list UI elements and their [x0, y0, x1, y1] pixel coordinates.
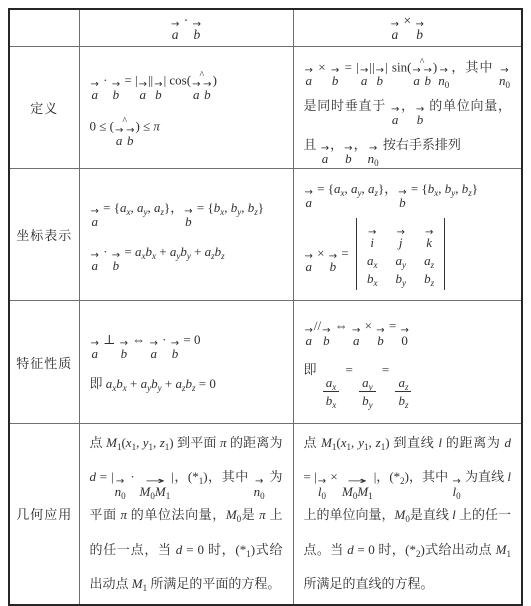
properties-row: 特征性质 →a ⊥ →b ⇔ →a · →b = 0即 axbx + ayby … [9, 301, 522, 424]
row-label-coordinates: 坐标表示 [9, 168, 79, 301]
row-label-properties: 特征性质 [9, 301, 79, 424]
cell-applications-dot: 点 M1(x1, y1, z1) 到平面 π 的距离为 d = |→n0 · →… [79, 423, 293, 604]
coordinates-row: 坐标表示 →a = {ax, ay, az}，→b = {bx, by, bz}… [9, 168, 522, 301]
cell-properties-dot: →a ⊥ →b ⇔ →a · →b = 0即 axbx + ayby + azb… [79, 301, 293, 424]
cell-coordinates-cross: →a = {ax, ay, az}，→b = {bx, by, bz}→a × … [293, 168, 522, 301]
cross-product-header: →a × →b [293, 9, 522, 46]
header-row: →a · →b →a × →b [9, 9, 522, 46]
dot-product-header: →a · →b [79, 9, 293, 46]
cell-coordinates-dot: →a = {ax, ay, az}，→b = {bx, by, bz}→a · … [79, 168, 293, 301]
cell-definition-cross: →a × →b = |→a||→b| sin(→a^→b)→n0，其中 →n0 … [293, 46, 522, 168]
cell-definition-dot: →a · →b = |→a||→b| cos(→a^→b)0 ≤ (→a^→b)… [79, 46, 293, 168]
applications-row: 几何应用 点 M1(x1, y1, z1) 到平面 π 的距离为 d = |→n… [9, 423, 522, 604]
row-label-definition: 定义 [9, 46, 79, 168]
row-label-applications: 几何应用 [9, 423, 79, 604]
cell-properties-cross: →a//→b ⇔ →a × →b = →0即 axbx = ayby = azb… [293, 301, 522, 424]
definition-row: 定义 →a · →b = |→a||→b| cos(→a^→b)0 ≤ (→a^… [9, 46, 522, 168]
cell-applications-cross: 点 M1(x1, y1, z1) 到直线 l 的距离为 d = |→l0 × →… [293, 423, 522, 604]
corner-cell [9, 9, 79, 46]
vector-product-comparison-table: →a · →b →a × →b 定义 →a · →b = |→a||→b| co… [8, 8, 523, 606]
